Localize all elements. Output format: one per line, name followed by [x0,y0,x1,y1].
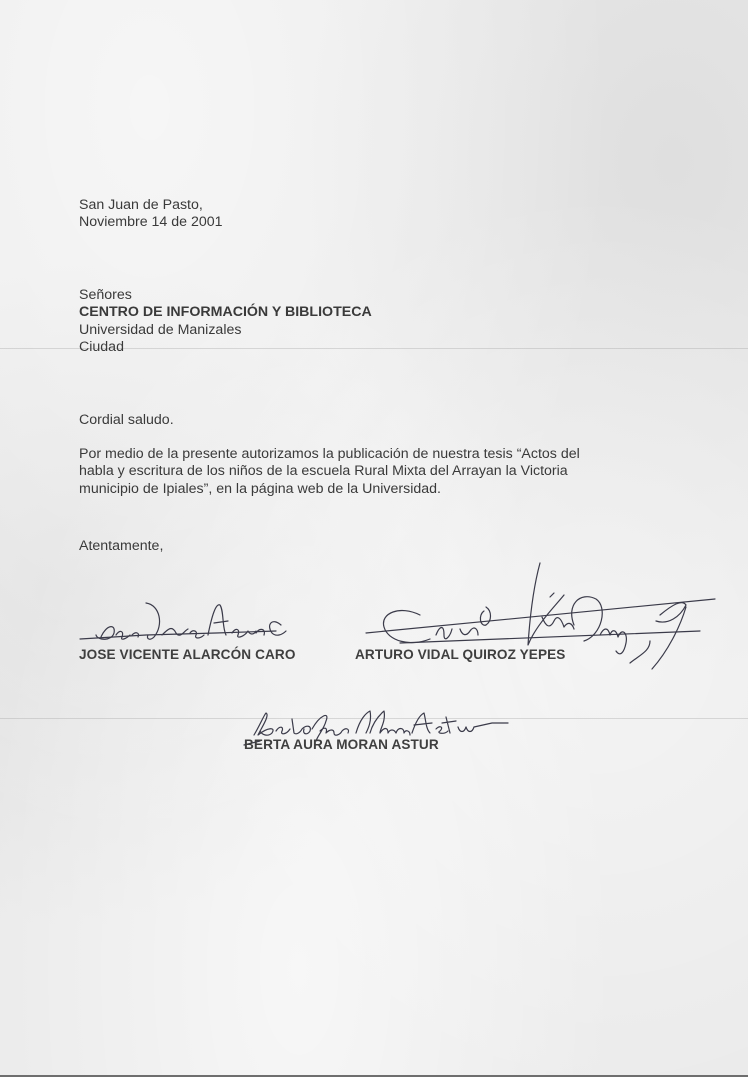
body-line: Por medio de la presente autorizamos la … [79,446,649,463]
body-line: habla y escritura de los niños de la esc… [79,463,649,480]
signatory-name: JOSE VICENTE ALARCÓN CARO [79,647,296,662]
letter-body: Por medio de la presente autorizamos la … [79,446,649,498]
signatory-name: BERTA AURA MORAN ASTUR [244,737,439,752]
recipient-city: Ciudad [79,339,124,356]
closing: Atentamente, [79,538,163,555]
recipient-institution: Universidad de Manizales [79,322,241,339]
signature-jose-vicente [76,595,306,650]
greeting: Cordial saludo. [79,412,174,429]
signatory-name: ARTURO VIDAL QUIROZ YEPES [355,647,565,662]
recipient-title: Señores [79,287,132,304]
letter-place: San Juan de Pasto, [79,197,203,214]
recipient-organization: CENTRO DE INFORMACIÓN Y BIBLIOTECA [79,304,372,321]
body-line: municipio de Ipiales”, en la página web … [79,481,649,498]
letter-date: Noviembre 14 de 2001 [79,214,223,231]
